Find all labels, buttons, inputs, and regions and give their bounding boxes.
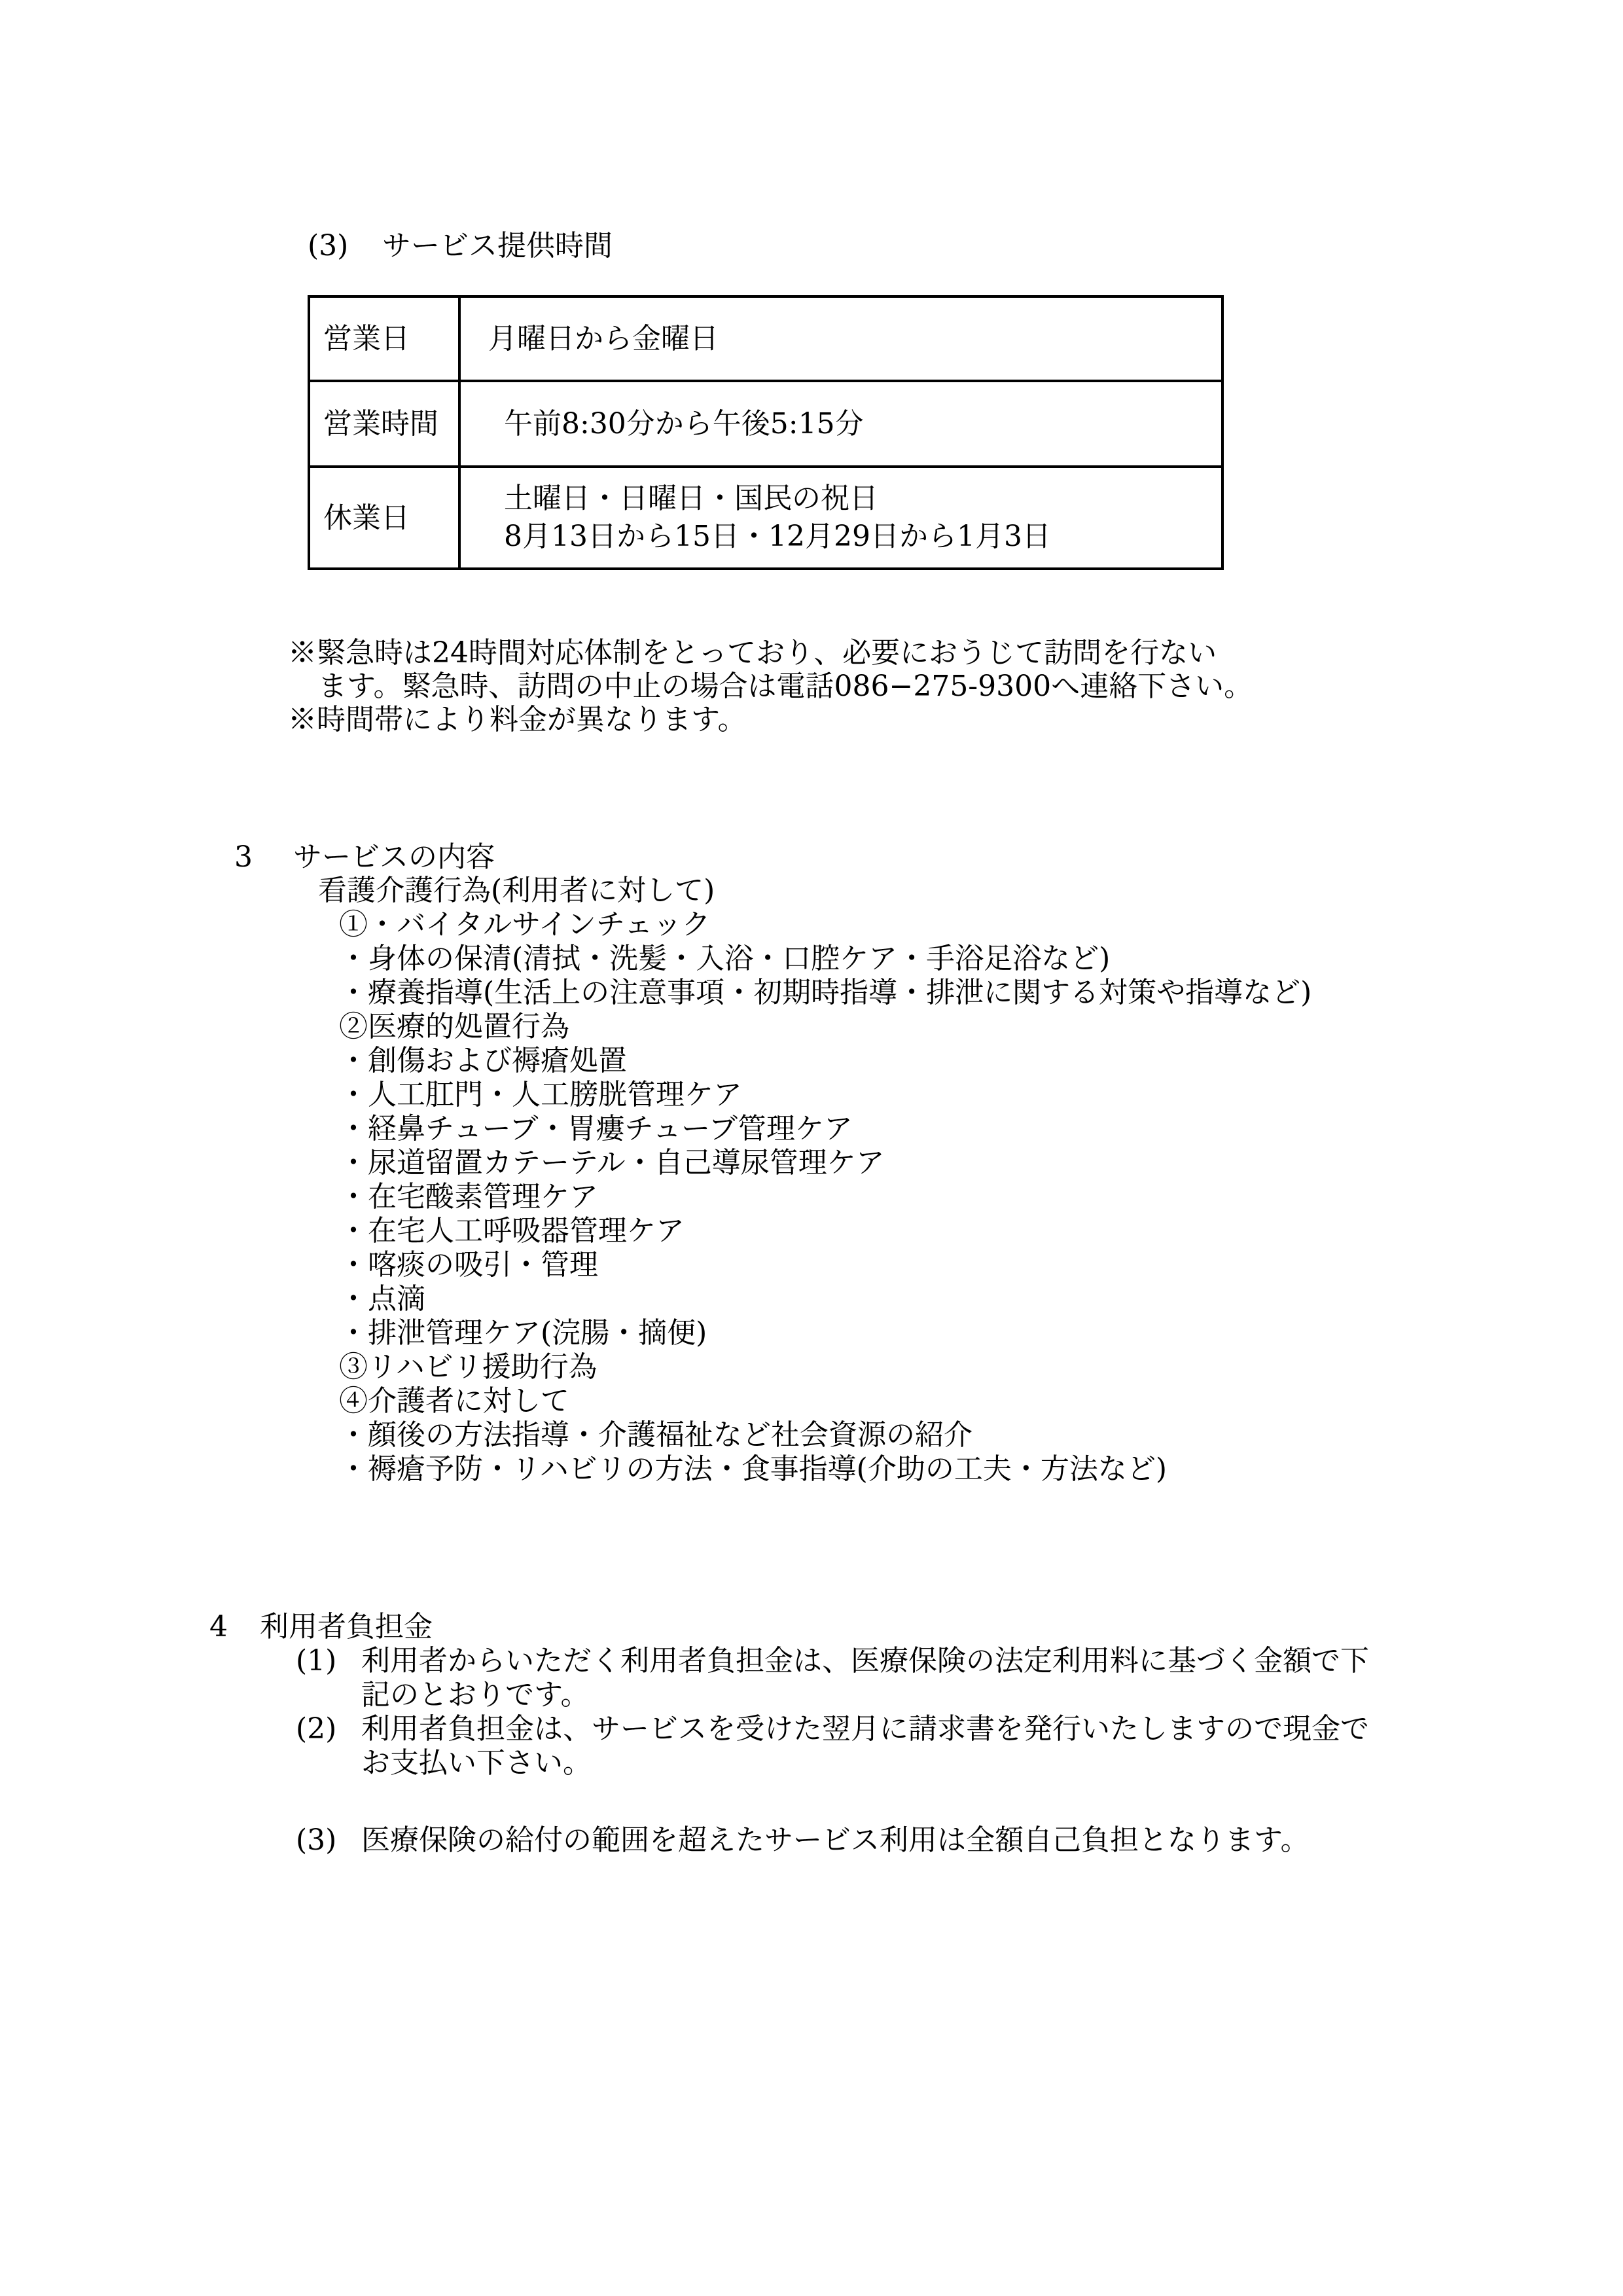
heading-title: サービス提供時間 xyxy=(382,229,613,262)
item-line1: 医療保険の給付の範囲を超えたサービス利用は全額自己負担となります。 xyxy=(361,1823,1309,1857)
list-item: ②医療的処置行為 xyxy=(339,1010,1311,1044)
row-value-line: 8月13日から15日・12月29日から1月3日 xyxy=(504,518,1221,556)
item-marker: (3) xyxy=(296,1823,361,1857)
row-label: 営業時間 xyxy=(309,381,459,467)
row-value: 月曜日から金曜日 xyxy=(459,296,1222,381)
section4-item-1: (1)利用者からいただく利用者負担金は、医療保険の法定利用料に基づく金額で下 記… xyxy=(296,1644,1539,1712)
list-item: ・喀痰の吸引・管理 xyxy=(339,1248,1311,1282)
list-item: ・顔後の方法指導・介護福祉など社会資源の紹介 xyxy=(339,1418,1311,1452)
section4-item-2: (2)利用者負担金は、サービスを受けた翌月に請求書を発行いたしますので現金で お… xyxy=(296,1712,1539,1780)
list-item: ・排泄管理ケア(浣腸・摘便) xyxy=(339,1316,1311,1350)
list-item: ・在宅酸素管理ケア xyxy=(339,1180,1311,1214)
row-label: 休業日 xyxy=(309,467,459,569)
list-item: ④介護者に対して xyxy=(339,1384,1311,1418)
row-label: 営業日 xyxy=(309,296,459,381)
table-row-closed-days: 休業日 土曜日・日曜日・国民の祝日 8月13日から15日・12月29日から1月3… xyxy=(309,467,1222,569)
list-item: ・人工肛門・人工膀胱管理ケア xyxy=(339,1078,1311,1112)
list-item: ・創傷および褥瘡処置 xyxy=(339,1044,1311,1078)
item-line1: 利用者負担金は、サービスを受けた翌月に請求書を発行いたしますので現金で xyxy=(361,1712,1369,1746)
list-item: ・在宅人工呼吸器管理ケア xyxy=(339,1214,1311,1248)
list-item: ・経鼻チューブ・胃瘻チューブ管理ケア xyxy=(339,1112,1311,1146)
note-emergency-line2: ます。緊急時、訪問の中止の場合は電話086−275-9300へ連絡下さい。 xyxy=(288,670,1253,703)
section4-number: 4 xyxy=(209,1610,228,1643)
row-value: 午前8:30分から午後5:15分 xyxy=(459,381,1222,467)
row-value-line: 土曜日・日曜日・国民の祝日 xyxy=(504,480,1221,518)
table-row-business-days: 営業日 月曜日から金曜日 xyxy=(309,296,1222,381)
section3-lead: 看護介護行為(利用者に対して) xyxy=(318,874,715,907)
notes-block: ※緊急時は24時間対応体制をとっており、必要におうじて訪問を行ない ます。緊急時… xyxy=(288,636,1253,736)
service-hours-heading: (3)サービス提供時間 xyxy=(308,229,613,262)
list-item: ・褥瘡予防・リハビリの方法・食事指導(介助の工夫・方法など) xyxy=(339,1452,1311,1486)
item-line1: 利用者からいただく利用者負担金は、医療保険の法定利用料に基づく金額で下 xyxy=(361,1644,1369,1677)
section3-item-list: ①・バイタルサインチェック ・身体の保清(清拭・洗髪・入浴・口腔ケア・手浴足浴な… xyxy=(339,908,1311,1486)
list-item: ・身体の保清(清拭・洗髪・入浴・口腔ケア・手浴足浴など) xyxy=(339,942,1311,976)
row-value: 土曜日・日曜日・国民の祝日 8月13日から15日・12月29日から1月3日 xyxy=(459,467,1222,569)
section3-number: 3 xyxy=(234,840,253,874)
list-item: ・尿道留置カテーテル・自己導尿管理ケア xyxy=(339,1146,1311,1180)
item-marker: (2) xyxy=(296,1712,361,1746)
row-value-line: 午前8:30分から午後5:15分 xyxy=(504,405,1221,443)
section4-item-3: (3)医療保険の給付の範囲を超えたサービス利用は全額自己負担となります。 xyxy=(296,1823,1539,1857)
document-page: (3)サービス提供時間 営業日 月曜日から金曜日 営業時間 午前8:30分から午… xyxy=(0,0,1623,2296)
item-marker: (1) xyxy=(296,1644,361,1678)
note-fee-varies: ※時間帯により料金が異なります。 xyxy=(288,703,1253,736)
list-item: ・療養指導(生活上の注意事項・初期時指導・排泄に関する対策や指導など) xyxy=(339,976,1311,1010)
item-line2: 記のとおりです。 xyxy=(361,1678,589,1712)
table-row-business-hours: 営業時間 午前8:30分から午後5:15分 xyxy=(309,381,1222,467)
schedule-table: 営業日 月曜日から金曜日 営業時間 午前8:30分から午後5:15分 休業日 土… xyxy=(308,295,1224,570)
heading-marker: (3) xyxy=(308,229,382,262)
list-item: ③リハビリ援助行為 xyxy=(339,1350,1311,1384)
row-value-line: 月曜日から金曜日 xyxy=(488,320,1221,358)
section3-title: サービスの内容 xyxy=(293,840,495,874)
note-emergency-line1: ※緊急時は24時間対応体制をとっており、必要におうじて訪問を行ない xyxy=(288,636,1253,670)
list-item: ・点滴 xyxy=(339,1282,1311,1316)
list-item: ①・バイタルサインチェック xyxy=(339,908,1311,942)
section4-title: 利用者負担金 xyxy=(260,1610,433,1643)
item-line2: お支払い下さい。 xyxy=(361,1746,592,1780)
